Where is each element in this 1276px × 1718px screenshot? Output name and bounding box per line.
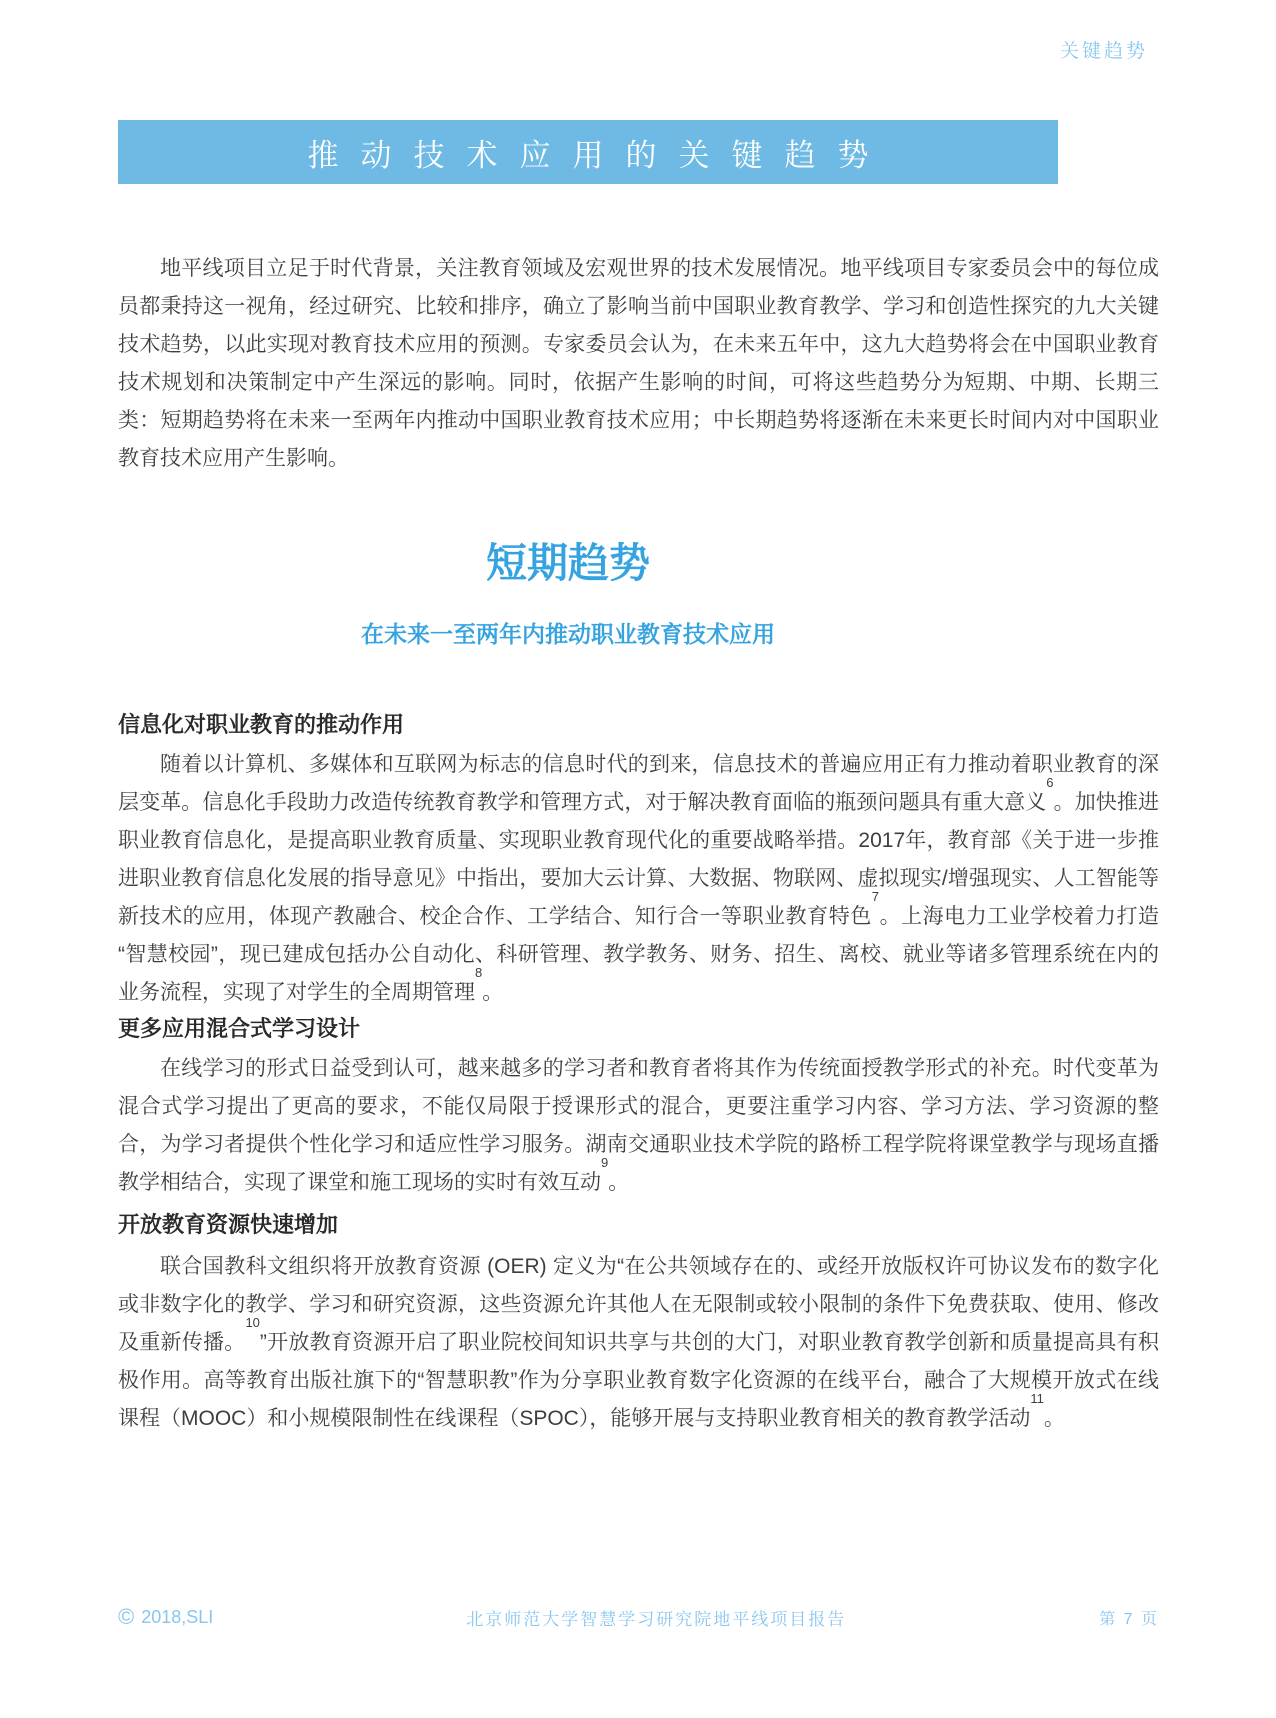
trend-group-title: 短期趋势 [118,530,1018,589]
subsection-heading-informatization: 信息化对职业教育的推动作用 [118,708,1159,739]
footnote-reference: 9 [601,1155,608,1170]
chapter-banner: 推动技术应用的关键趋势 [118,120,1058,184]
subsection-body-blended-learning: 在线学习的形式日益受到认可，越来越多的学习者和教育者将其作为传统面授教学形式的补… [118,1050,1159,1202]
intro-paragraph: 地平线项目立足于时代背景，关注教育领域及宏观世界的技术发展情况。地平线项目专家委… [118,250,1159,478]
footer-copyright: © 2018,SLI [118,1606,213,1628]
copyright-icon: © [118,1606,134,1628]
chapter-banner-title: 推动技术应用的关键趋势 [286,130,891,175]
page-footer: © 2018,SLI 北京师范大学智慧学习研究院地平线项目报告 第 7 页 [118,1602,1159,1632]
footer-copyright-text: 2018,SLI [141,1607,213,1628]
footnote-reference: 7 [872,889,879,904]
footer-report-title: 北京师范大学智慧学习研究院地平线项目报告 [213,1605,1099,1630]
subsection-body-oer: 联合国教科文组织将开放教育资源 (OER) 定义为“在公共领域存在的、或经开放版… [118,1248,1159,1438]
subsection-heading-oer: 开放教育资源快速增加 [118,1208,1159,1239]
footer-page-number: 第 7 页 [1099,1606,1159,1629]
subsection-heading-blended-learning: 更多应用混合式学习设计 [118,1012,1159,1043]
page-header-kicker: 关键趋势 [1060,36,1148,63]
footnote-reference: 8 [475,965,482,980]
footnote-reference: 11 [1030,1391,1044,1406]
trend-group-subtitle: 在未来一至两年内推动职业教育技术应用 [118,616,1018,649]
document-page: 关键趋势 推动技术应用的关键趋势 地平线项目立足于时代背景，关注教育领域及宏观世… [0,0,1276,1718]
footnote-reference: 10 [245,1315,259,1330]
subsection-body-informatization: 随着以计算机、多媒体和互联网为标志的信息时代的到来，信息技术的普遍应用正有力推动… [118,746,1159,1012]
footnote-reference: 6 [1046,775,1053,790]
